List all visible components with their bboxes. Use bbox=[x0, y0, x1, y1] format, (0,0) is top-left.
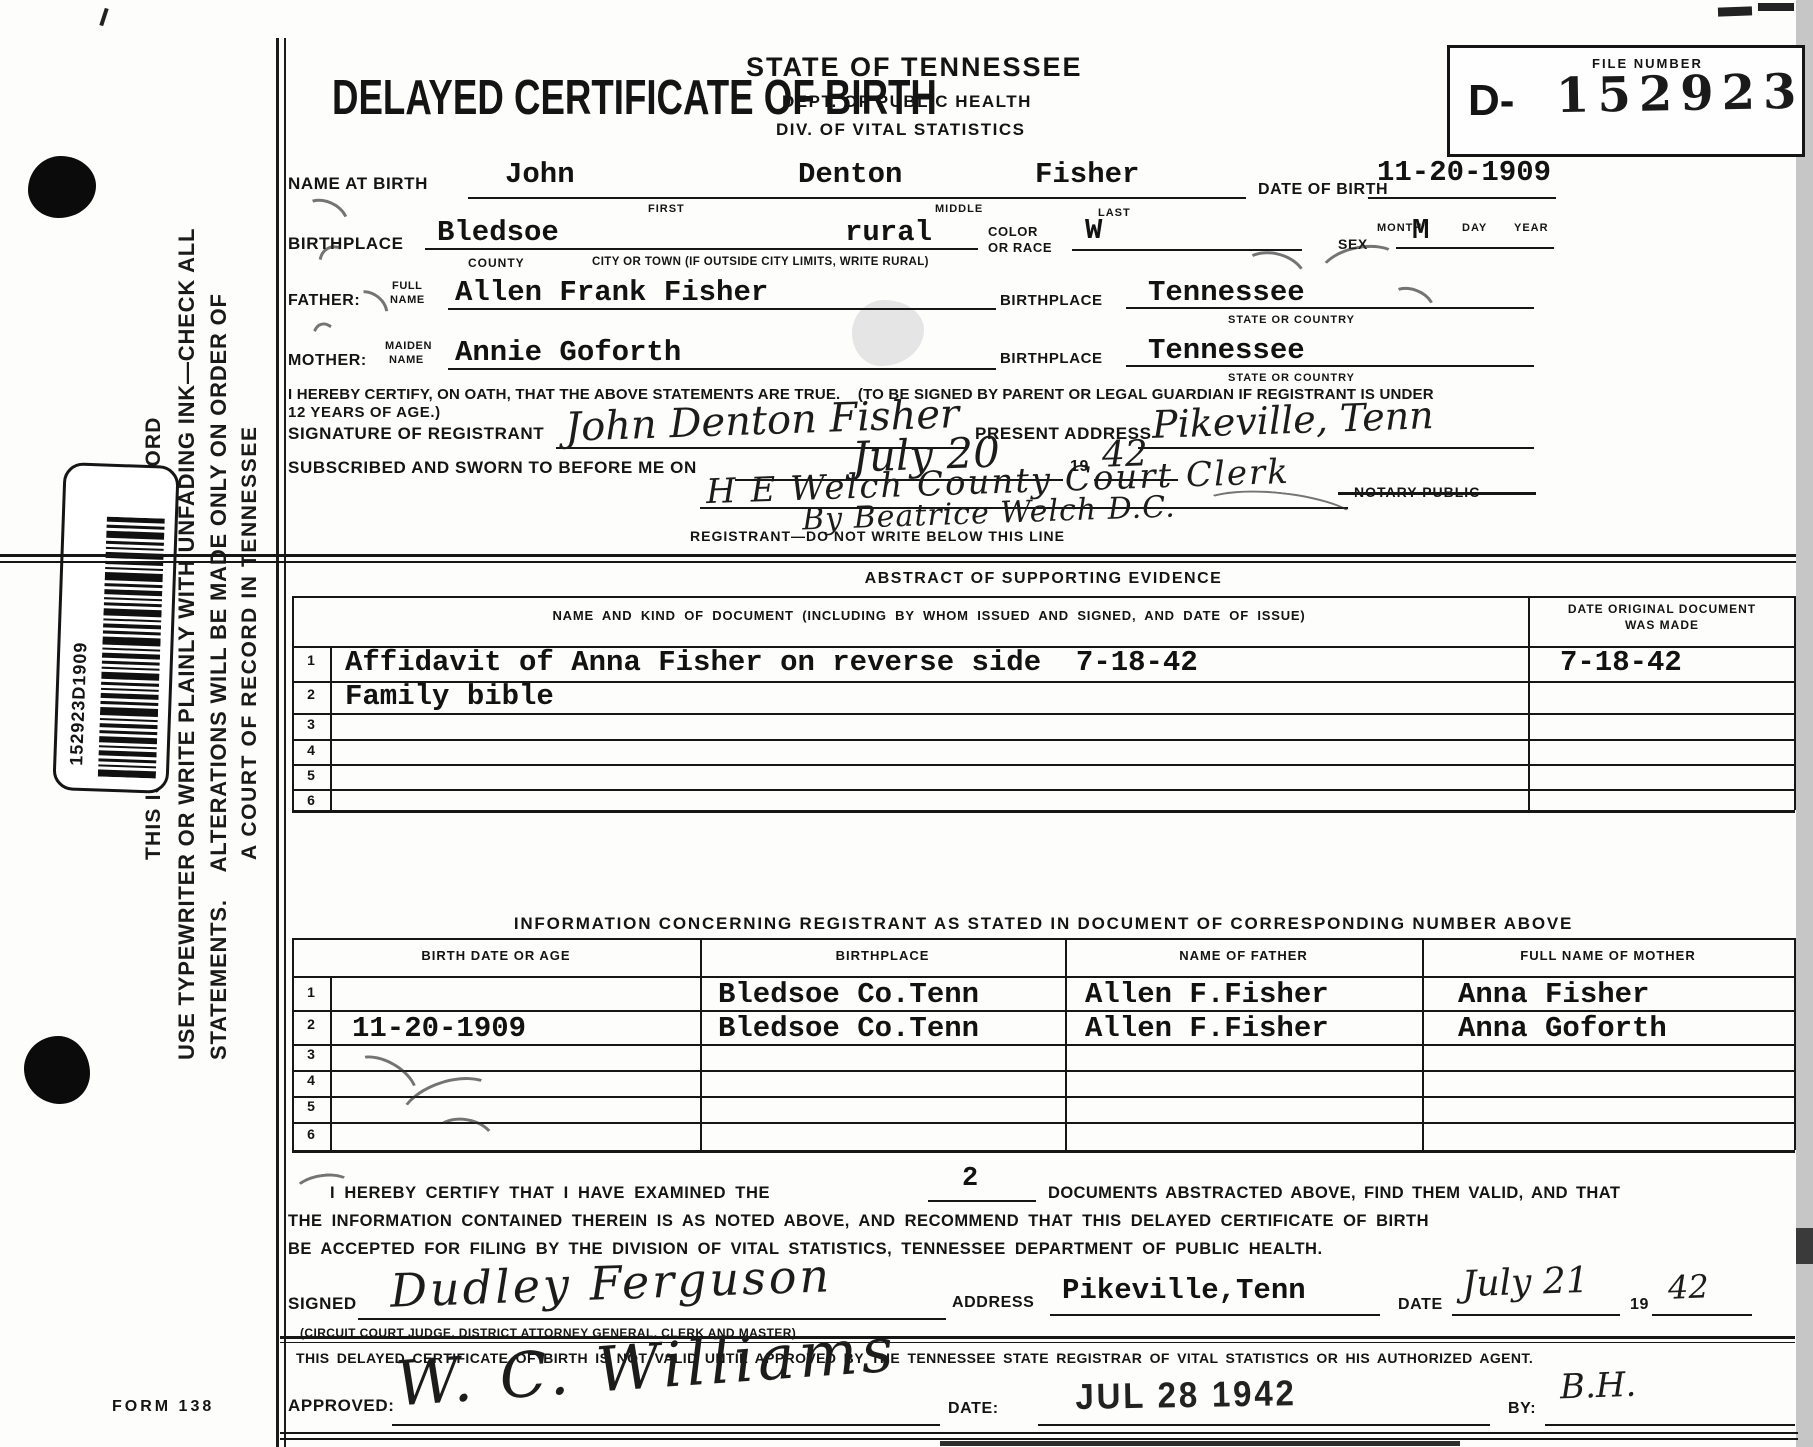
scan-mark-top-right-2 bbox=[1758, 3, 1794, 11]
abstract-row-number: 5 bbox=[292, 767, 330, 783]
color-label-line1: COLOR bbox=[988, 224, 1038, 239]
approved-date-label: DATE: bbox=[948, 1400, 999, 1418]
info-num-divider bbox=[330, 976, 332, 1150]
father-birthplace-underline bbox=[1126, 307, 1534, 309]
abstract-table-bottom bbox=[292, 810, 1795, 813]
sex-underline bbox=[1396, 247, 1554, 249]
smudge bbox=[1381, 280, 1441, 332]
scanned-birth-certificate: THIS IS A PERMANENT LEGAL RECORD USE TYP… bbox=[0, 0, 1813, 1447]
abstract-row-number: 6 bbox=[292, 792, 330, 808]
scan-mark-top-right-1 bbox=[1718, 6, 1752, 16]
form-left-border bbox=[276, 38, 286, 1447]
cert-doc-count-underline bbox=[928, 1200, 1036, 1202]
scan-bottom-smear bbox=[940, 1441, 1460, 1446]
cert-year-prefix: 19 bbox=[1630, 1296, 1649, 1314]
approved-by-script: B.H. bbox=[1559, 1365, 1637, 1408]
section-divider-bottom bbox=[0, 561, 1796, 563]
abstract-row-number: 1 bbox=[292, 652, 330, 668]
info-col-father-header: NAME OF FATHER bbox=[1065, 948, 1422, 963]
approved-by-underline bbox=[1545, 1424, 1795, 1426]
file-number-stamp: 152923 bbox=[1556, 64, 1805, 124]
file-number-prefix: D- bbox=[1468, 76, 1514, 126]
info-birthplace-value: Bledsoe Co.Tenn bbox=[718, 1012, 979, 1045]
form-number: FORM 138 bbox=[112, 1398, 214, 1416]
notary-strike-line bbox=[1338, 492, 1536, 495]
cert-year-underline bbox=[1652, 1314, 1752, 1316]
abstract-row-sep-3 bbox=[292, 739, 1795, 741]
margin-note-court-of-record: A COURT OF RECORD IN TENNESSEE bbox=[238, 425, 262, 860]
info-mother-value: Anna Fisher bbox=[1458, 978, 1649, 1011]
color-value: W bbox=[1085, 214, 1102, 247]
cert-text-line2: THE INFORMATION CONTAINED THEREIN IS AS … bbox=[288, 1212, 1429, 1231]
last-name-value: Fisher bbox=[1035, 158, 1139, 191]
state-heading: STATE OF TENNESSEE bbox=[746, 52, 1083, 83]
last-sublabel: LAST bbox=[1098, 207, 1131, 219]
barcode-number: 152923D1909 bbox=[66, 641, 91, 766]
abstract-date-col-header-2: WAS MADE bbox=[1530, 618, 1794, 632]
info-left-border bbox=[292, 938, 294, 1150]
abstract-table-top bbox=[292, 596, 1795, 598]
cert-text-post: DOCUMENTS ABSTRACTED ABOVE, FIND THEM VA… bbox=[1048, 1184, 1620, 1203]
info-row-number: 5 bbox=[292, 1098, 330, 1114]
info-col-birth-date-header: BIRTH DATE OR AGE bbox=[292, 948, 700, 963]
city-value: rural bbox=[845, 216, 932, 249]
info-row-sep-5 bbox=[292, 1122, 1795, 1124]
approved-by-label: BY: bbox=[1508, 1400, 1536, 1418]
father-name-underline bbox=[448, 308, 996, 310]
ink-blot-bottom bbox=[24, 1036, 90, 1104]
sex-value: M bbox=[1412, 214, 1429, 247]
cert-address-label: ADDRESS bbox=[952, 1294, 1034, 1312]
info-col-birthplace-header: BIRTHPLACE bbox=[700, 948, 1065, 963]
info-row-number: 2 bbox=[292, 1016, 330, 1032]
margin-note-alterations: STATEMENTS. ALTERATIONS WILL BE MADE ONL… bbox=[206, 293, 232, 1060]
info-col-mother-header: FULL NAME OF MOTHER bbox=[1422, 948, 1794, 963]
scan-edge-mark bbox=[1796, 1228, 1813, 1264]
city-sublabel: CITY OR TOWN (IF OUTSIDE CITY LIMITS, WR… bbox=[592, 256, 929, 268]
margin-note-use-typewriter: USE TYPEWRITER OR WRITE PLAINLY WITH UNF… bbox=[174, 228, 200, 1060]
county-value: Bledsoe bbox=[437, 216, 559, 249]
abstract-document-value: Family bible bbox=[345, 680, 554, 713]
mother-name-value: Annie Goforth bbox=[455, 336, 681, 369]
cert-date-label: DATE bbox=[1398, 1296, 1443, 1314]
info-col-divider-3 bbox=[1422, 938, 1424, 1150]
dob-underline bbox=[1368, 197, 1556, 199]
abstract-title: ABSTRACT OF SUPPORTING EVIDENCE bbox=[292, 570, 1795, 588]
abstract-row-sep-5 bbox=[292, 789, 1795, 791]
approved-date-stamp: JUL 28 1942 bbox=[1075, 1372, 1297, 1418]
approved-label: APPROVED: bbox=[288, 1396, 394, 1416]
section-divider-top bbox=[0, 554, 1796, 557]
mother-birthplace-underline bbox=[1126, 365, 1534, 367]
middle-sublabel: MIDDLE bbox=[935, 203, 983, 215]
abstract-document-value: Affidavit of Anna Fisher on reverse side… bbox=[345, 646, 1198, 679]
do-not-write-label: REGISTRANT—DO NOT WRITE BELOW THIS LINE bbox=[690, 528, 1065, 544]
barcode-label: 152923D1909 bbox=[52, 462, 179, 794]
cert-doc-count: 2 bbox=[962, 1164, 978, 1194]
father-state-sublabel: STATE OR COUNTRY bbox=[1228, 314, 1355, 326]
abstract-row-sep-2 bbox=[292, 713, 1795, 715]
cert-year-script: 42 bbox=[1667, 1267, 1709, 1306]
info-mother-value: Anna Goforth bbox=[1458, 1012, 1667, 1045]
abstract-document-col-header: NAME AND KIND OF DOCUMENT (INCLUDING BY … bbox=[330, 608, 1528, 623]
first-name-value: John bbox=[505, 158, 575, 191]
approved-underline bbox=[392, 1424, 940, 1426]
name-underline bbox=[468, 197, 1246, 199]
cert-date-script: July 21 bbox=[1461, 1260, 1589, 1305]
mother-birthplace-label: BIRTHPLACE bbox=[1000, 350, 1103, 367]
info-row-number: 6 bbox=[292, 1126, 330, 1142]
name-at-birth-label: NAME AT BIRTH bbox=[288, 174, 428, 194]
form-bottom-rule-2 bbox=[280, 1438, 1798, 1440]
father-full-sublabel: FULL bbox=[392, 280, 423, 292]
cert-text-pre: I HEREBY CERTIFY THAT I HAVE EXAMINED TH… bbox=[330, 1184, 770, 1203]
county-sublabel: COUNTY bbox=[468, 256, 525, 270]
info-father-value: Allen F.Fisher bbox=[1085, 1012, 1329, 1045]
abstract-row-number: 2 bbox=[292, 686, 330, 702]
signed-label: SIGNED bbox=[288, 1294, 357, 1314]
abstract-row-number: 3 bbox=[292, 716, 330, 732]
info-row-sep-3 bbox=[292, 1070, 1795, 1072]
info-title: INFORMATION CONCERNING REGISTRANT AS STA… bbox=[292, 914, 1795, 934]
father-name-sublabel: NAME bbox=[390, 294, 425, 306]
abstract-date-col-header-1: DATE ORIGINAL DOCUMENT bbox=[1530, 602, 1794, 616]
mother-maiden-sublabel: MAIDEN bbox=[385, 340, 432, 352]
info-father-value: Allen F.Fisher bbox=[1085, 978, 1329, 1011]
father-name-value: Allen Frank Fisher bbox=[455, 276, 768, 309]
cert-address-value: Pikeville,Tenn bbox=[1062, 1274, 1306, 1307]
middle-name-value: Denton bbox=[798, 158, 902, 191]
info-row-number: 1 bbox=[292, 984, 330, 1000]
abstract-row-sep-4 bbox=[292, 764, 1795, 766]
ink-blot-top bbox=[28, 156, 96, 218]
info-col-divider-2 bbox=[1065, 938, 1067, 1150]
form-bottom-rule-1 bbox=[280, 1432, 1798, 1434]
info-birth-date-value: 11-20-1909 bbox=[352, 1012, 526, 1045]
year-sublabel: YEAR bbox=[1514, 222, 1549, 234]
oath-certify-line2: 12 YEARS OF AGE.) bbox=[288, 404, 441, 421]
day-sublabel: DAY bbox=[1462, 222, 1487, 234]
info-row-number: 4 bbox=[292, 1072, 330, 1088]
abstract-num-divider bbox=[330, 646, 332, 810]
abstract-right-border bbox=[1794, 596, 1796, 810]
abstract-date-value: 7-18-42 bbox=[1560, 646, 1682, 679]
info-row-sep-4 bbox=[292, 1096, 1795, 1098]
division-heading: DIV. OF VITAL STATISTICS bbox=[776, 120, 1025, 140]
info-right-border bbox=[1794, 938, 1796, 1150]
mother-name-sublabel: NAME bbox=[389, 354, 424, 366]
present-address-script: Pikeville, Tenn bbox=[1151, 393, 1434, 447]
present-address-underline bbox=[1138, 447, 1534, 449]
approved-date-underline bbox=[1038, 1424, 1490, 1426]
sworn-label: SUBSCRIBED AND SWORN TO BEFORE ME ON bbox=[288, 458, 697, 478]
mother-name-underline bbox=[448, 368, 996, 370]
color-label-line2: OR RACE bbox=[988, 240, 1052, 255]
info-table-top bbox=[292, 938, 1795, 940]
info-col-divider-1 bbox=[700, 938, 702, 1150]
approval-divider-top bbox=[280, 1336, 1795, 1339]
scan-mark-top-left bbox=[99, 8, 108, 26]
info-row-number: 3 bbox=[292, 1046, 330, 1062]
mother-birthplace-value: Tennessee bbox=[1148, 334, 1305, 367]
mother-state-sublabel: STATE OR COUNTRY bbox=[1228, 372, 1355, 384]
cert-address-underline bbox=[1050, 1314, 1380, 1316]
abstract-row-number: 4 bbox=[292, 742, 330, 758]
cert-date-underline bbox=[1452, 1314, 1620, 1316]
info-table-bottom bbox=[292, 1150, 1795, 1153]
first-sublabel: FIRST bbox=[648, 203, 685, 215]
date-of-birth-value: 11-20-1909 bbox=[1377, 156, 1551, 189]
signature-of-registrant-label: SIGNATURE OF REGISTRANT bbox=[288, 424, 544, 444]
father-birthplace-label: BIRTHPLACE bbox=[1000, 292, 1103, 309]
dept-heading: DEPT. OF PUBLIC HEALTH bbox=[782, 92, 1032, 112]
info-birthplace-value: Bledsoe Co.Tenn bbox=[718, 978, 979, 1011]
